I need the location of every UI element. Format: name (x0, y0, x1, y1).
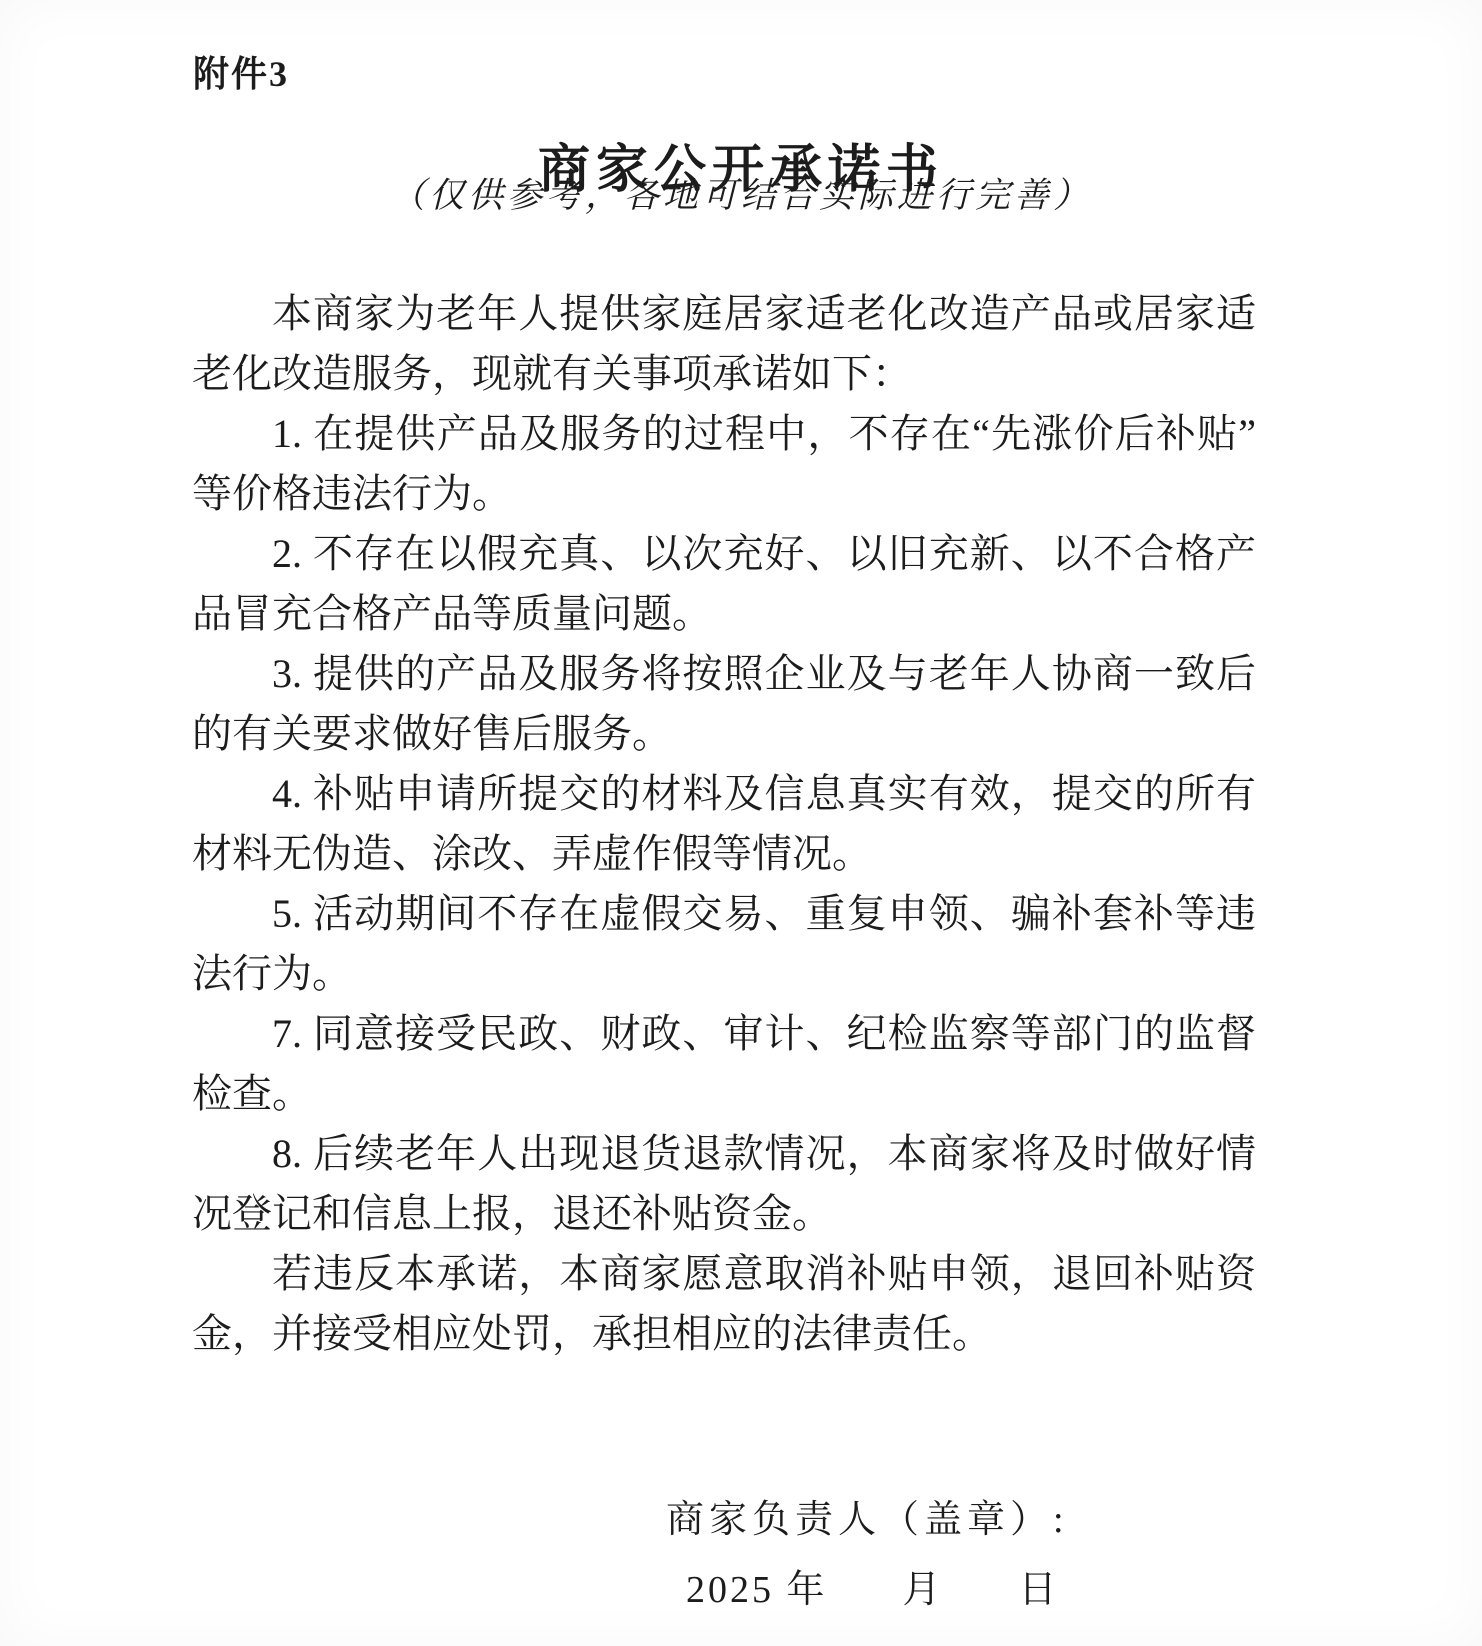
body-paragraph-item-2: 2. 不存在以假充真、以次充好、以旧充新、以不合格产品冒充合格产品等质量问题。 (192, 524, 1256, 644)
body-paragraph-item-1: 1. 在提供产品及服务的过程中，不存在“先涨价后补贴”等价格违法行为。 (192, 404, 1256, 524)
body-paragraph-closing: 若违反本承诺，本商家愿意取消补贴申领，退回补贴资金，并接受相应处罚，承担相应的法… (192, 1244, 1256, 1364)
attachment-number-label: 附件3 (193, 46, 289, 97)
scanned-document-page: 附件3 商家公开承诺书 （仅供参考，各地可结合实际进行完善） 本商家为老年人提供… (0, 0, 1482, 1646)
signature-date-line: 2025 年 月 日 (686, 1558, 1060, 1613)
body-paragraph-intro: 本商家为老年人提供家庭居家适老化改造产品或居家适老化改造服务，现就有关事项承诺如… (192, 284, 1256, 404)
body-paragraph-item-3: 3. 提供的产品及服务将按照企业及与老年人协商一致后的有关要求做好售后服务。 (192, 644, 1256, 764)
document-subtitle: （仅供参考，各地可结合实际进行完善） (0, 168, 1482, 218)
body-paragraph-item-8: 8. 后续老年人出现退货退款情况，本商家将及时做好情况登记和信息上报，退还补贴资… (192, 1124, 1256, 1244)
merchant-responsible-person-label: 商家负责人（盖章）: (666, 1488, 1069, 1543)
body-paragraph-item-7: 7. 同意接受民政、财政、审计、纪检监察等部门的监督检查。 (192, 1004, 1256, 1124)
body-paragraph-item-5: 5. 活动期间不存在虚假交易、重复申领、骗补套补等违法行为。 (192, 884, 1256, 1004)
document-body: 本商家为老年人提供家庭居家适老化改造产品或居家适老化改造服务，现就有关事项承诺如… (192, 284, 1256, 1364)
body-paragraph-item-4: 4. 补贴申请所提交的材料及信息真实有效，提交的所有材料无伪造、涂改、弄虚作假等… (192, 764, 1256, 884)
